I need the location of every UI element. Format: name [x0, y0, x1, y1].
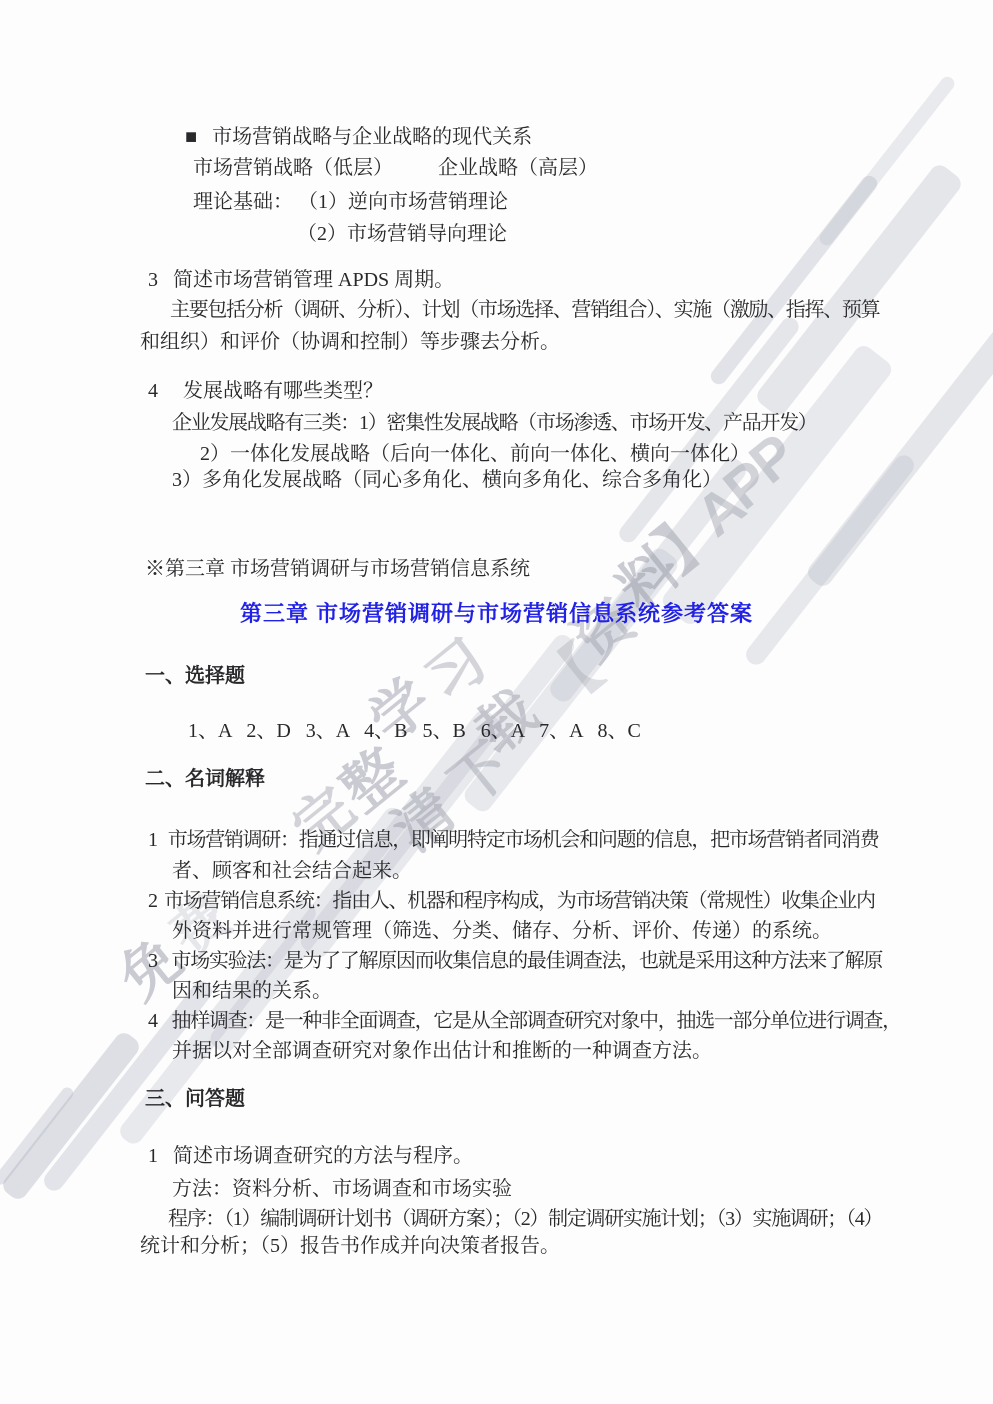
- term3-line1: 3 市场实验法：是为了了解原因而收集信息的最佳调查法，也就是采用这种方法来了解原: [148, 948, 882, 974]
- chapter3-answers-heading: 第三章 市场营销调研与市场营销信息系统参考答案: [0, 601, 993, 627]
- q3-answer-line2: 和组织）和评价（协调和控制）等步骤去分析。: [140, 329, 560, 355]
- term4-line2: 并据以对全部调查研究对象作出估计和推断的一种调查方法。: [172, 1038, 712, 1064]
- section2-title: 二、名词解释: [145, 766, 265, 792]
- section1-answers: 1、A 2、D 3、A 4、B 5、B 6、A 7、A 8、C: [188, 718, 641, 744]
- q4-answer-line1: 企业发展战略有三类：1）密集性发展战略（市场渗透、市场开发、产品开发）: [172, 410, 817, 436]
- theory-basis-item1: 理论基础： （1）逆向市场营销理论: [193, 189, 508, 215]
- qa1-procedure-line2: 统计和分析；（5）报告书作成并向决策者报告。: [140, 1233, 560, 1259]
- qa1-procedure-line1: 程序：（1）编制调研计划书（调研方案）；（2）制定调研实施计划；（3）实施调研；…: [168, 1206, 882, 1232]
- section3-title: 三、问答题: [145, 1086, 245, 1112]
- document-lines: ■ 市场营销战略与企业战略的现代关系市场营销战略（低层） 企业战略（高层）理论基…: [0, 0, 993, 1404]
- q4-title: 4 发展战略有哪些类型？: [148, 378, 383, 404]
- term1-line2: 者、顾客和社会结合起来。: [172, 858, 412, 884]
- section1-title: 一、选择题: [145, 663, 245, 689]
- q4-answer-line2: 2）一体化发展战略（后向一体化、前向一体化、横向一体化）: [200, 441, 750, 467]
- modern-relation-topic: ■ 市场营销战略与企业战略的现代关系: [185, 124, 532, 150]
- strategy-levels: 市场营销战略（低层） 企业战略（高层）: [193, 155, 598, 181]
- term2-line1: 2 市场营销信息系统：指由人、机器和程序构成，为市场营销决策（常规性）收集企业内: [148, 888, 875, 914]
- term2-line2: 外资料并进行常规管理（筛选、分类、储存、分析、评价、传递）的系统。: [172, 918, 832, 944]
- theory-basis-item2: （2）市场营销导向理论: [297, 221, 507, 247]
- q3-title: 3 简述市场营销管理 APDS 周期。: [148, 267, 454, 293]
- q3-answer-line1: 主要包括分析（调研、分析）、计划（市场选择、营销组合）、实施（激励、指挥、预算: [170, 297, 879, 323]
- scanned-answer-page: 免费完整学习清下载【资料】APP ■ 市场营销战略与企业战略的现代关系市场营销战…: [0, 0, 993, 1404]
- term3-line2: 因和结果的关系。: [172, 978, 332, 1004]
- chapter3-marker: ※第三章 市场营销调研与市场营销信息系统: [145, 556, 530, 582]
- qa1-title: 1 简述市场调查研究的方法与程序。: [148, 1143, 473, 1169]
- q4-answer-line3: 3）多角化发展战略（同心多角化、横向多角化、综合多角化）: [172, 467, 722, 493]
- term1-line1: 1 市场营销调研：指通过信息，即阐明特定市场机会和问题的信息，把市场营销者同消费: [148, 827, 878, 853]
- qa1-methods: 方法：资料分析、市场调查和市场实验: [172, 1176, 512, 1202]
- term4-line1: 4 抽样调查：是一种非全面调查，它是从全部调查研究对象中，抽选一部分单位进行调查…: [148, 1008, 901, 1034]
